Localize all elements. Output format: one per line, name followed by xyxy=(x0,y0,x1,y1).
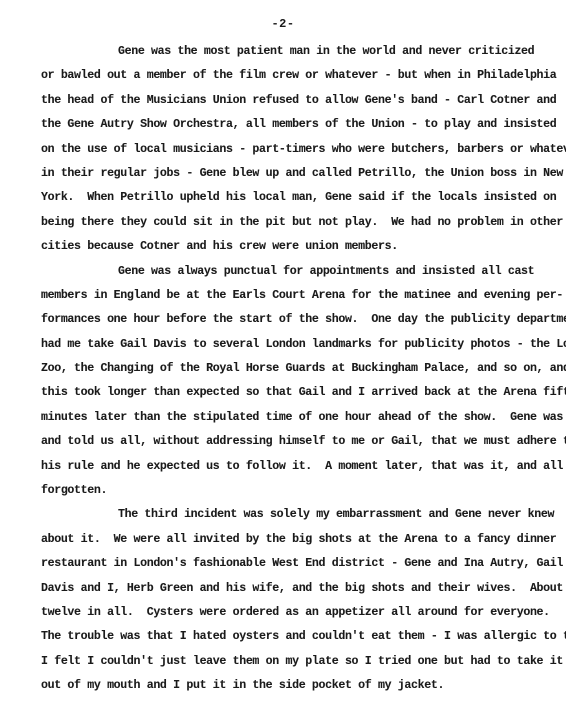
paragraph-1-line-2: or bawled out a member of the film crew … xyxy=(41,64,561,88)
paragraph-1-line-9: cities because Cotner and his crew were … xyxy=(41,235,561,259)
paragraph-1-line-5: on the use of local musicians - part-tim… xyxy=(41,138,561,162)
paragraph-1-line-7: York. When Petrillo upheld his local man… xyxy=(41,186,561,210)
page-number: -2- xyxy=(0,17,566,31)
paragraph-2-line-7: minutes later than the stipulated time o… xyxy=(41,406,561,430)
paragraph-1-line-4: the Gene Autry Show Orchestra, all membe… xyxy=(41,113,561,137)
document-body: Gene was the most patient man in the wor… xyxy=(41,40,561,699)
paragraph-3-line-3: restaurant in London's fashionable West … xyxy=(41,552,561,576)
paragraph-3-line-5: twelve in all. Cysters were ordered as a… xyxy=(41,601,561,625)
paragraph-2-line-2: members in England be at the Earls Court… xyxy=(41,284,561,308)
paragraph-3-line-1: The third incident was solely my embarra… xyxy=(41,503,561,527)
paragraph-1-line-3: the head of the Musicians Union refused … xyxy=(41,89,561,113)
paragraph-1-line-1: Gene was the most patient man in the wor… xyxy=(41,40,561,64)
paragraph-2-line-1: Gene was always punctual for appointment… xyxy=(41,260,561,284)
paragraph-1-line-6: in their regular jobs - Gene blew up and… xyxy=(41,162,561,186)
paragraph-3-line-6: The trouble was that I hated oysters and… xyxy=(41,625,561,649)
paragraph-3-line-7: I felt I couldn't just leave them on my … xyxy=(41,650,561,674)
paragraph-1-line-8: being there they could sit in the pit bu… xyxy=(41,211,561,235)
paragraph-3-line-2: about it. We were all invited by the big… xyxy=(41,528,561,552)
paragraph-3-line-4: Davis and I, Herb Green and his wife, an… xyxy=(41,577,561,601)
paragraph-2-line-6: this took longer than expected so that G… xyxy=(41,381,561,405)
paragraph-2-line-9: his rule and he expected us to follow it… xyxy=(41,455,561,479)
paragraph-2-line-8: and told us all, without addressing hims… xyxy=(41,430,561,454)
paragraph-2-line-3: formances one hour before the start of t… xyxy=(41,308,561,332)
paragraph-2-line-4: had me take Gail Davis to several London… xyxy=(41,333,561,357)
paragraph-2-line-5: Zoo, the Changing of the Royal Horse Gua… xyxy=(41,357,561,381)
paragraph-2-line-10: forgotten. xyxy=(41,479,561,503)
paragraph-3-line-8: out of my mouth and I put it in the side… xyxy=(41,674,561,698)
